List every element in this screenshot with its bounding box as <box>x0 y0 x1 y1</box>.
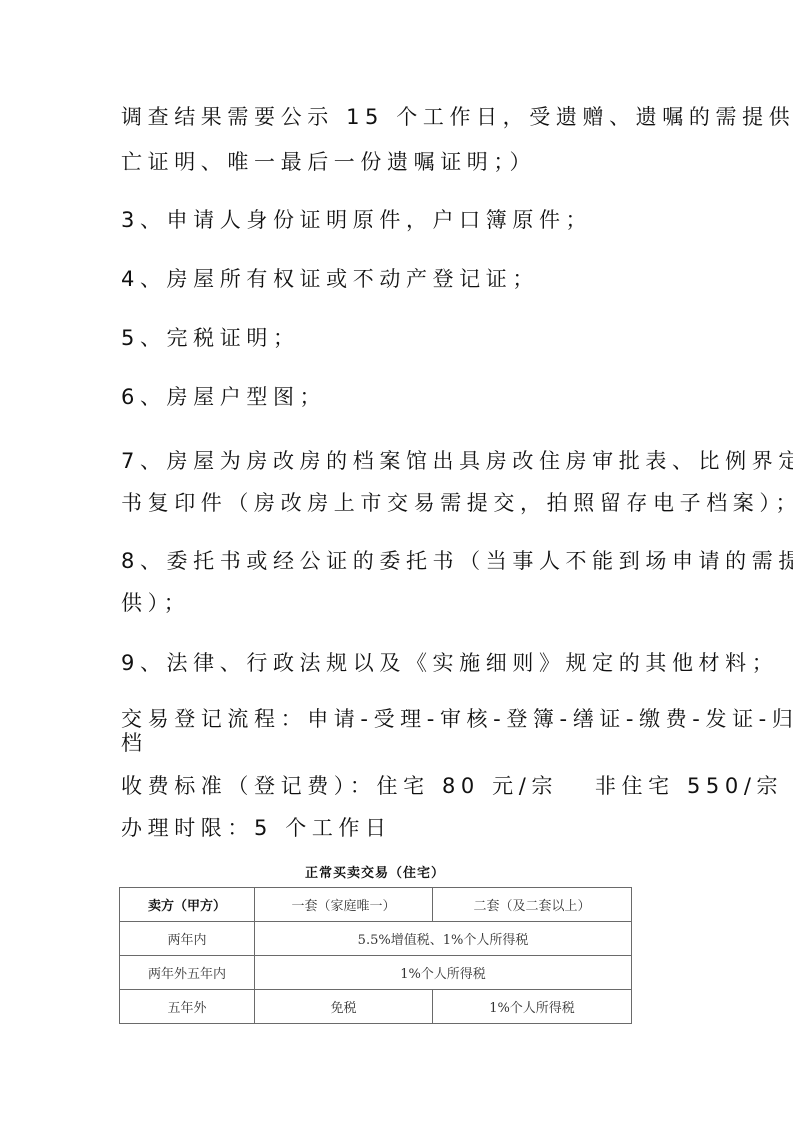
row-tax-merged: 5.5%增值税、1%个人所得税 <box>255 922 632 956</box>
tax-table: 卖方（甲方） 一套（家庭唯一） 二套（及二套以上） 两年内 5.5%增值税、1%… <box>119 887 632 1024</box>
row-tax-merged: 1%个人所得税 <box>255 956 632 990</box>
header-two-homes: 二套（及二套以上） <box>433 888 632 922</box>
paragraph-continued-line-1: 调查结果需要公示 15 个工作日，受遗赠、遗嘱的需提供死 <box>121 105 793 129</box>
header-seller: 卖方（甲方） <box>120 888 255 922</box>
table-title: 正常买卖交易（住宅） <box>119 862 631 881</box>
list-item-8-line-2: 供）； <box>121 591 190 615</box>
fee-standard: 收费标准（登记费）：住宅 80 元/宗 非住宅 550/宗 <box>121 774 783 798</box>
paragraph-continued-line-2: 亡证明、唯一最后一份遗嘱证明；） <box>121 150 536 174</box>
table-header-row: 卖方（甲方） 一套（家庭唯一） 二套（及二套以上） <box>120 888 632 922</box>
row-period: 两年内 <box>120 922 255 956</box>
process-flow-line-1: 交易登记流程：申请-受理-审核-登簿-缮证-缴费-发证-归 <box>121 707 793 731</box>
list-item-6: 6、房屋户型图； <box>121 385 326 409</box>
list-item-5: 5、完税证明； <box>121 326 300 350</box>
list-item-9: 9、法律、行政法规以及《实施细则》规定的其他材料； <box>121 651 778 675</box>
header-one-home: 一套（家庭唯一） <box>255 888 433 922</box>
process-flow-line-2: 档 <box>121 731 148 755</box>
list-item-4: 4、房屋所有权证或不动产登记证； <box>121 267 539 291</box>
list-item-8-line-1: 8、委托书或经公证的委托书（当事人不能到场申请的需提 <box>121 549 793 573</box>
row-period: 两年外五年内 <box>120 956 255 990</box>
row-tax-one-home: 免税 <box>255 990 433 1024</box>
list-item-7-line-1: 7、房屋为房改房的档案馆出具房改住房审批表、比例界定 <box>121 449 793 473</box>
row-tax-two-homes: 1%个人所得税 <box>433 990 632 1024</box>
table-row: 两年内 5.5%增值税、1%个人所得税 <box>120 922 632 956</box>
list-item-3: 3、申请人身份证明原件，户口簿原件； <box>121 208 592 232</box>
row-period: 五年外 <box>120 990 255 1024</box>
table-row: 两年外五年内 1%个人所得税 <box>120 956 632 990</box>
processing-time-limit: 办理时限：5 个工作日 <box>121 816 392 840</box>
table-row: 五年外 免税 1%个人所得税 <box>120 990 632 1024</box>
list-item-7-line-2: 书复印件（房改房上市交易需提交，拍照留存电子档案）； <box>121 491 793 515</box>
